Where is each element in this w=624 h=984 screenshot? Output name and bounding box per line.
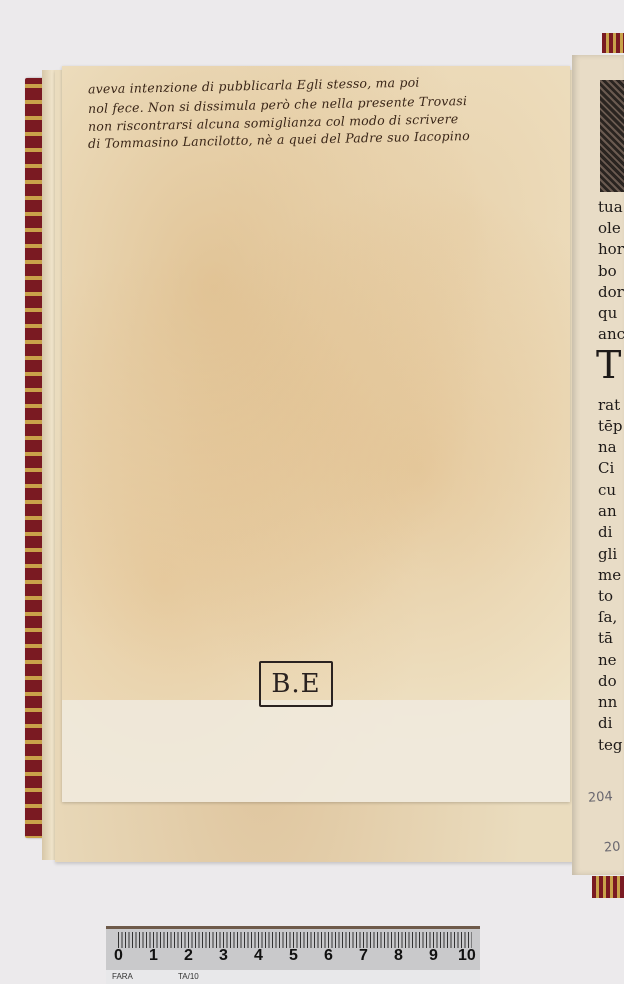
ruler-model: TA/10 (178, 972, 199, 981)
ruler-label: 2 (184, 947, 193, 965)
right-text: ſa, (598, 608, 617, 626)
ruler-ticks (118, 932, 472, 948)
right-text: tēp (598, 417, 623, 435)
right-text: me (598, 566, 621, 584)
right-text: ole (598, 219, 621, 237)
left-page-lower-sheet (62, 700, 570, 802)
right-text: dor (598, 283, 624, 301)
ruler-label: 0 (114, 947, 123, 965)
right-text: na (598, 438, 617, 456)
ruler-label: 5 (289, 947, 298, 965)
right-text: tā (598, 629, 613, 647)
right-text: bo (598, 262, 617, 280)
right-text: anc (598, 325, 624, 343)
large-initial-letter: T (596, 343, 621, 387)
right-text: rat (598, 396, 620, 414)
library-stamp: B.E (259, 661, 333, 707)
ruler-label: 10 (458, 947, 476, 965)
ruler-label: 4 (254, 947, 263, 965)
right-text: hor (598, 240, 624, 258)
pencil-folio-number: 204 (588, 789, 614, 806)
right-text: tua (598, 198, 623, 216)
ruler-label: 7 (359, 947, 368, 965)
ruler-label: 6 (324, 947, 333, 965)
right-text: qu (598, 304, 617, 322)
right-text: nn (598, 693, 617, 711)
gilt-binding-edge-right-top (602, 33, 624, 53)
right-text: teg (598, 736, 623, 754)
ruler-label: 8 (394, 947, 403, 965)
right-text: di (598, 714, 612, 732)
gilt-binding-edge-right-bottom (592, 876, 624, 898)
right-text: di (598, 523, 612, 541)
scale-ruler: 0 1 2 3 4 5 6 7 8 9 10 FARA TA/10 (106, 926, 480, 984)
right-text: do (598, 672, 617, 690)
pencil-folio-number-lower: 20 (603, 839, 621, 855)
right-text: an (598, 502, 617, 520)
ruler-label: 3 (219, 947, 228, 965)
right-text: cu (598, 481, 616, 499)
right-text: gli (598, 545, 617, 563)
right-text: ne (598, 651, 617, 669)
woodcut-initial-ornament (600, 80, 624, 192)
ruler-brand: FARA (112, 972, 133, 981)
right-text: Ci (598, 459, 614, 477)
ruler-body: 0 1 2 3 4 5 6 7 8 9 10 (106, 926, 480, 973)
ruler-label: 9 (429, 947, 438, 965)
ruler-label: 1 (149, 947, 158, 965)
ruler-footer: FARA TA/10 (106, 970, 480, 984)
right-text: to (598, 587, 613, 605)
